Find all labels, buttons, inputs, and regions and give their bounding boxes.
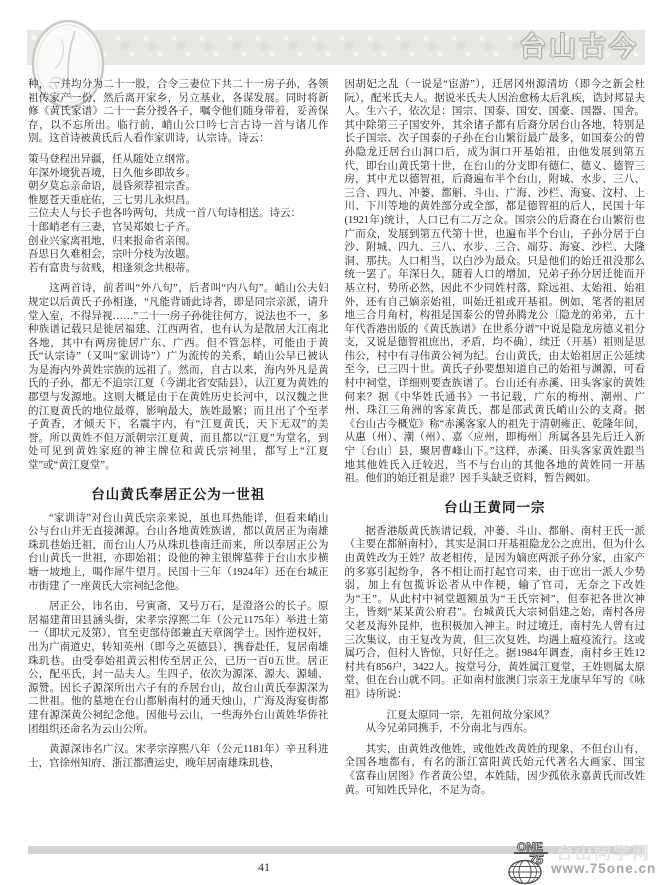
body-paragraph: 居正公，讳名由，号寅斋，又号万石，是澄洛公的长子。原居福建莆田县涵头街，宋孝宗淳… [28,600,329,736]
section-heading-wanghuang: 台山王黄同一宗 [345,496,646,516]
body-paragraph: 这两首诗，前者叫“外八句”，后者叫“内八句”。峭山公夫妇规定以后黄氏子孙相逢，“… [28,282,329,472]
watermark-url-text: www.75one.cn [551,861,656,876]
body-paragraph: 种，一并均分为二十一股，合令三妻位下共二十一房子孙，各领祖传家产一份，然后离开家… [28,78,329,146]
body-paragraph: 黄源深讳名广汉。宋孝宗淳熙八年（公元1181年）辛丑科进士，官徐州知府、浙江都漕… [28,743,329,770]
body-paragraph: “家训诗”对台山黄氏宗亲来说，虽也耳热能详，但看来峭山公与台山并无直接渊源。台山… [28,512,329,594]
body-paragraph: 据香港版黄氏族谱记载，冲蒌、斗山、都斛、南村王氏一派（主要在都斛南村），其实是洞… [345,525,646,702]
left-column: 种，一并均分为二十一股，合令三妻位下共二十一房子孙，各领祖传家产一份，然后离开家… [28,78,329,804]
document-page: 台山古今 种，一并均分为二十一股，合令三妻位下共二十一房子孙，各领祖传家产一份，… [0,0,672,885]
watermark-globe-icon: ONE 75 [502,840,558,885]
header-banner: 台山古今 [27,30,645,65]
body-paragraph: 因胡妃之乱（一说是“宦游”），迁居冈州源清坊（即今之新会杜阮），配米氏夫人。据说… [345,78,646,486]
section-heading-jujeng: 台山黄氏奉居正公为一世祖 [28,483,329,503]
body-paragraph: 其实，由黄姓改他姓，或他姓改黄姓的现象，不但台山有，全国各地都有，有名的浙江富阳… [345,743,646,797]
body-columns: 种，一并均分为二十一股，合令三妻位下共二十一房子孙，各领祖传家产一份，然后离开家… [28,78,645,804]
right-column: 因胡妃之乱（一说是“宦游”），迁居冈州源清坊（即今之新会杜阮），配米氏夫人。据说… [345,78,646,804]
family-poem-block: 策马登程出异疆，任从随处立纲常。 年深外境犹吾境，日久他乡即故乡。 朝夕莫忘亲命… [28,153,329,275]
page-title: 台山古今 [519,34,645,61]
page-number: 41 [244,860,284,875]
ancestor-poem-block: 江夏太原同一宗，先祖何故分家风？ 从今兄弟同携手，不分南北与西东。 [345,709,646,736]
